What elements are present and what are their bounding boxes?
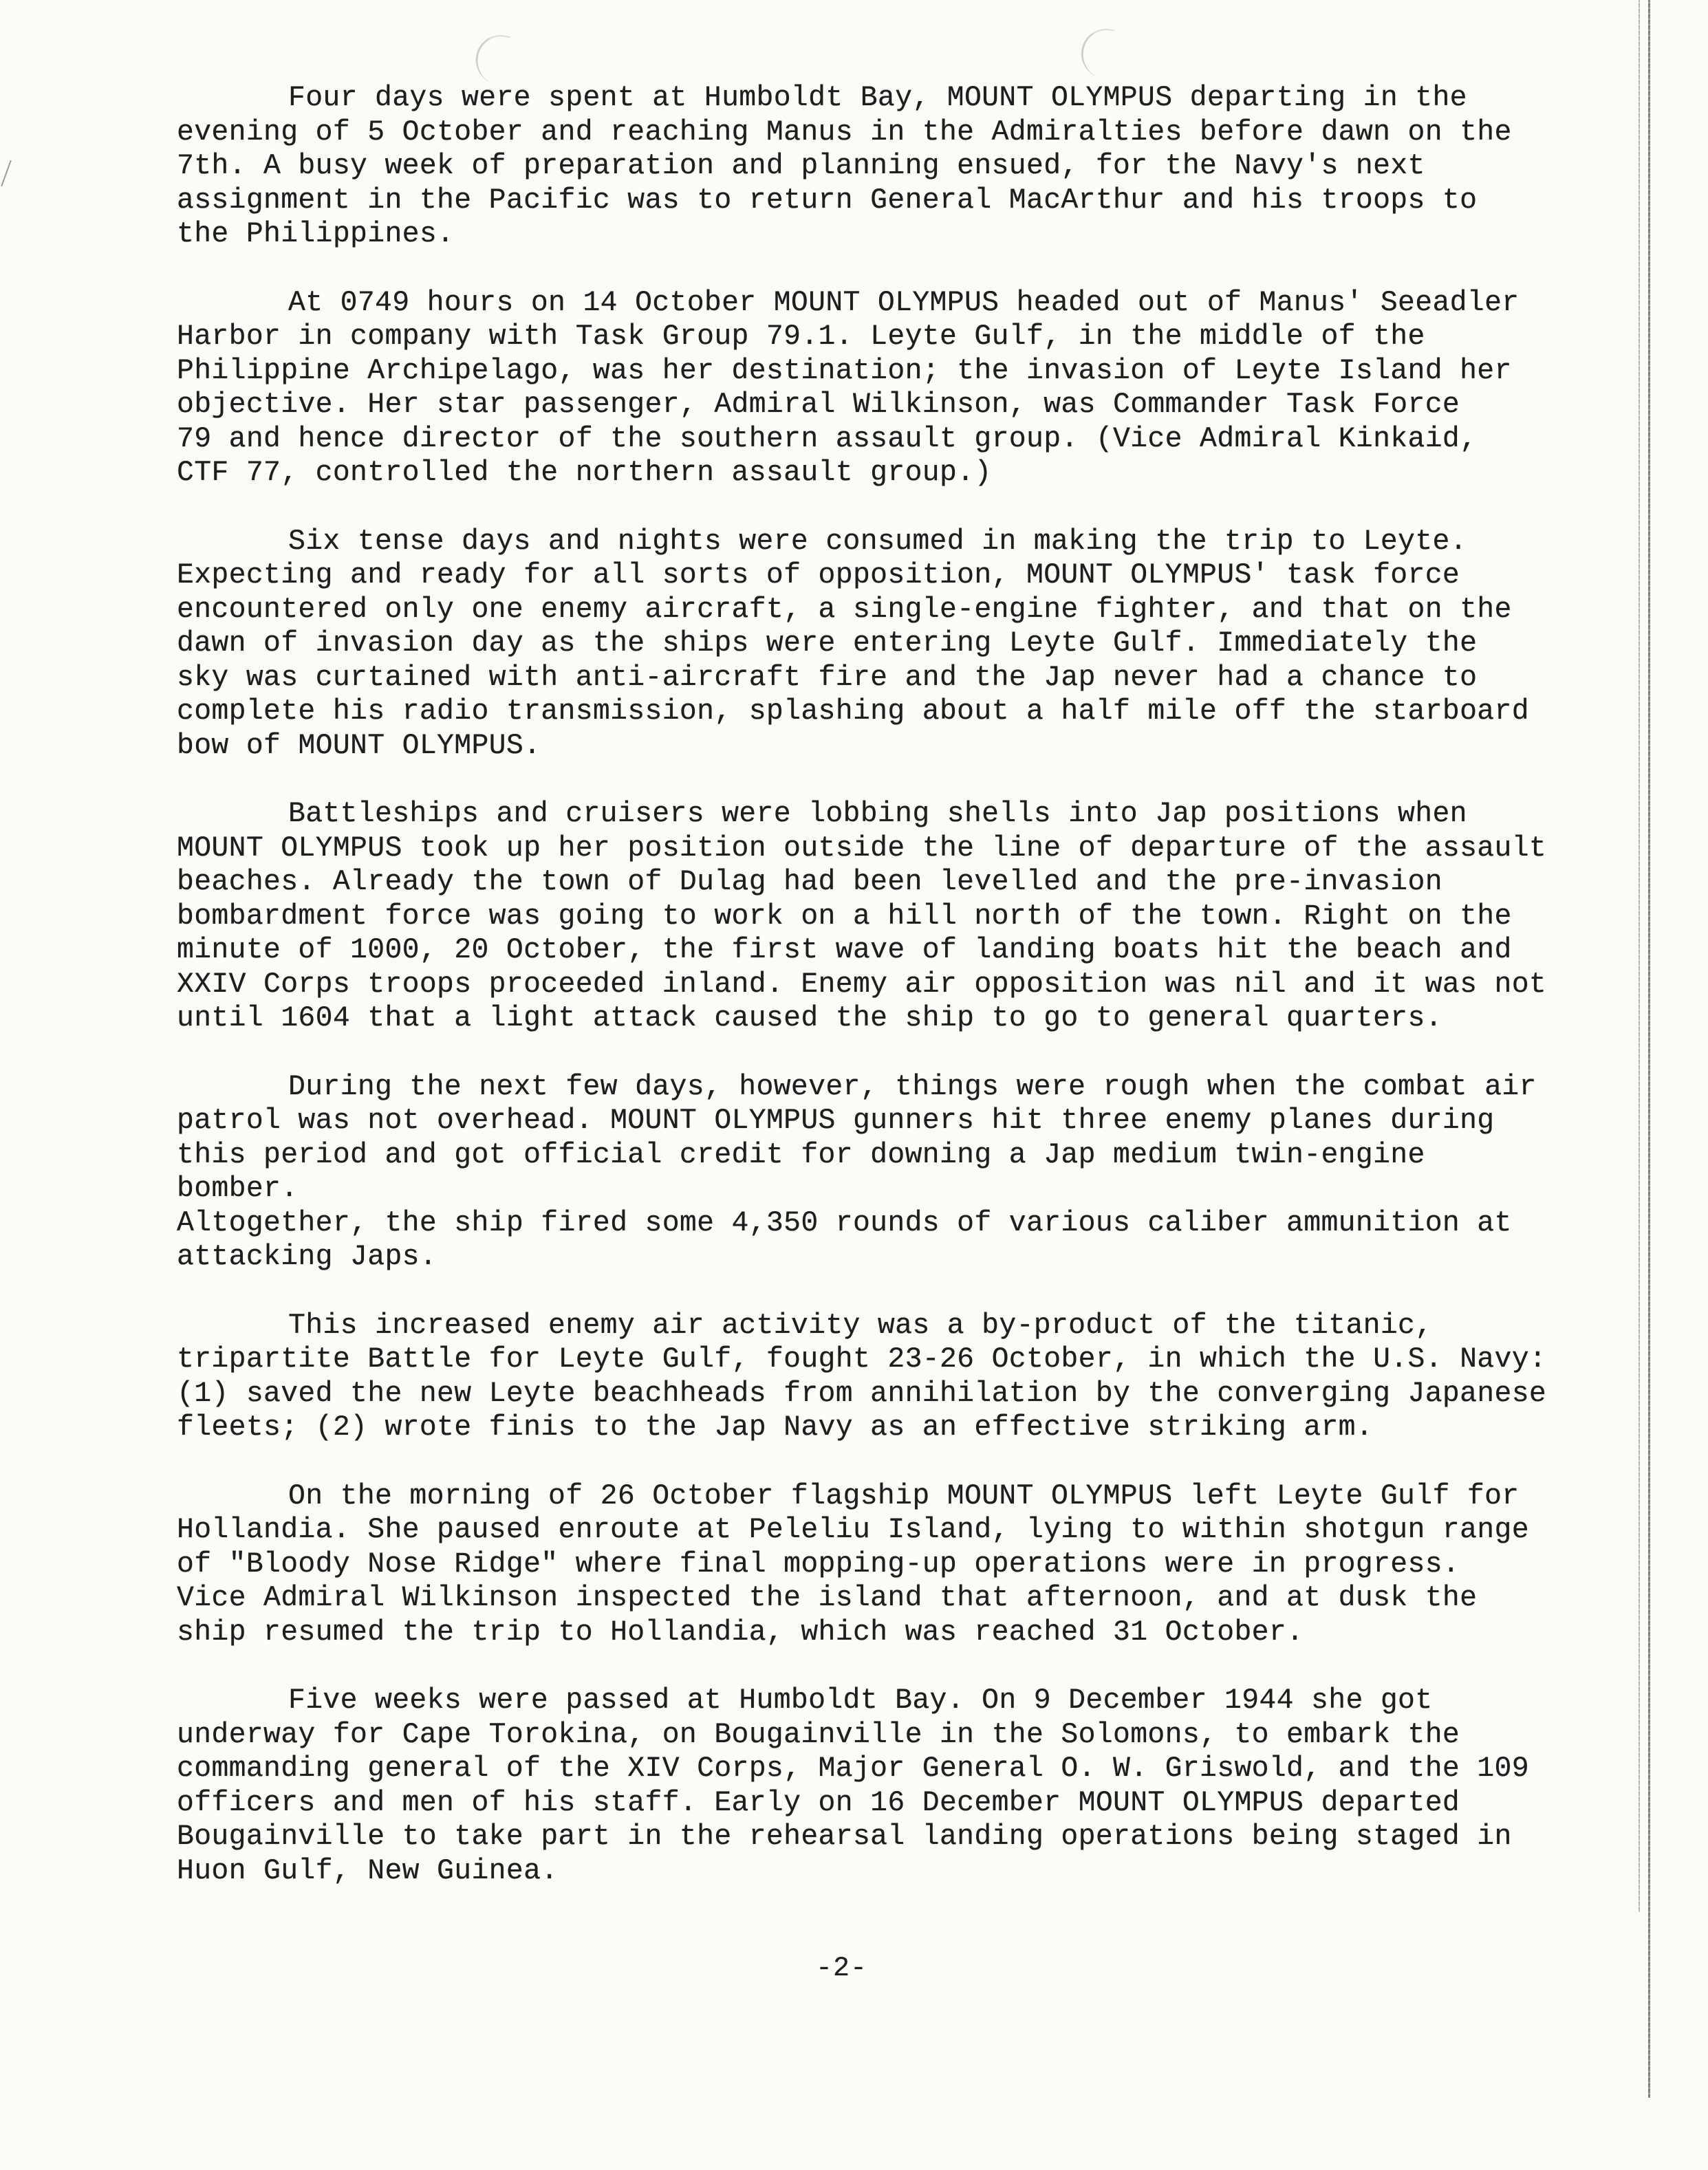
paragraph-text: During the next few days, however, thing…	[177, 1071, 1537, 1274]
scan-artifact	[1, 160, 12, 186]
binding-mark-right	[1078, 25, 1114, 78]
paragraph-text: This increased enemy air activity was a …	[177, 1310, 1546, 1444]
paragraph-assault-beaches: Battleships and cruisers were lobbing sh…	[177, 797, 1553, 1036]
document-body: Four days were spent at Humboldt Bay, MO…	[177, 81, 1553, 1922]
paragraph-seeadler-harbor: At 0749 hours on 14 October MOUNT OLYMPU…	[177, 286, 1553, 490]
document-page: Four days were spent at Humboldt Bay, MO…	[0, 0, 1708, 2170]
paragraph-trip-to-leyte: Six tense days and nights were consumed …	[177, 525, 1553, 763]
paragraph-text: Six tense days and nights were consumed …	[177, 525, 1529, 762]
paragraph-text: Five weeks were passed at Humboldt Bay. …	[177, 1684, 1529, 1887]
page-number: -2-	[816, 1953, 867, 1984]
paragraph-text: At 0749 hours on 14 October MOUNT OLYMPU…	[177, 287, 1520, 490]
paragraph-humboldt-bay: Four days were spent at Humboldt Bay, MO…	[177, 81, 1553, 252]
page-edge-line	[1648, 0, 1650, 2098]
paragraph-battle-for-leyte-gulf: This increased enemy air activity was a …	[177, 1309, 1553, 1445]
paragraph-text: On the morning of 26 October flagship MO…	[177, 1480, 1529, 1649]
page-edge-line	[1639, 0, 1640, 1912]
paragraph-gunners: During the next few days, however, thing…	[177, 1070, 1553, 1274]
paragraph-bougainville: Five weeks were passed at Humboldt Bay. …	[177, 1684, 1553, 1888]
paragraph-peleliu: On the morning of 26 October flagship MO…	[177, 1479, 1553, 1650]
paragraph-text: Battleships and cruisers were lobbing sh…	[177, 798, 1546, 1034]
binding-mark-left	[471, 30, 510, 85]
paragraph-text: Four days were spent at Humboldt Bay, MO…	[177, 82, 1512, 250]
